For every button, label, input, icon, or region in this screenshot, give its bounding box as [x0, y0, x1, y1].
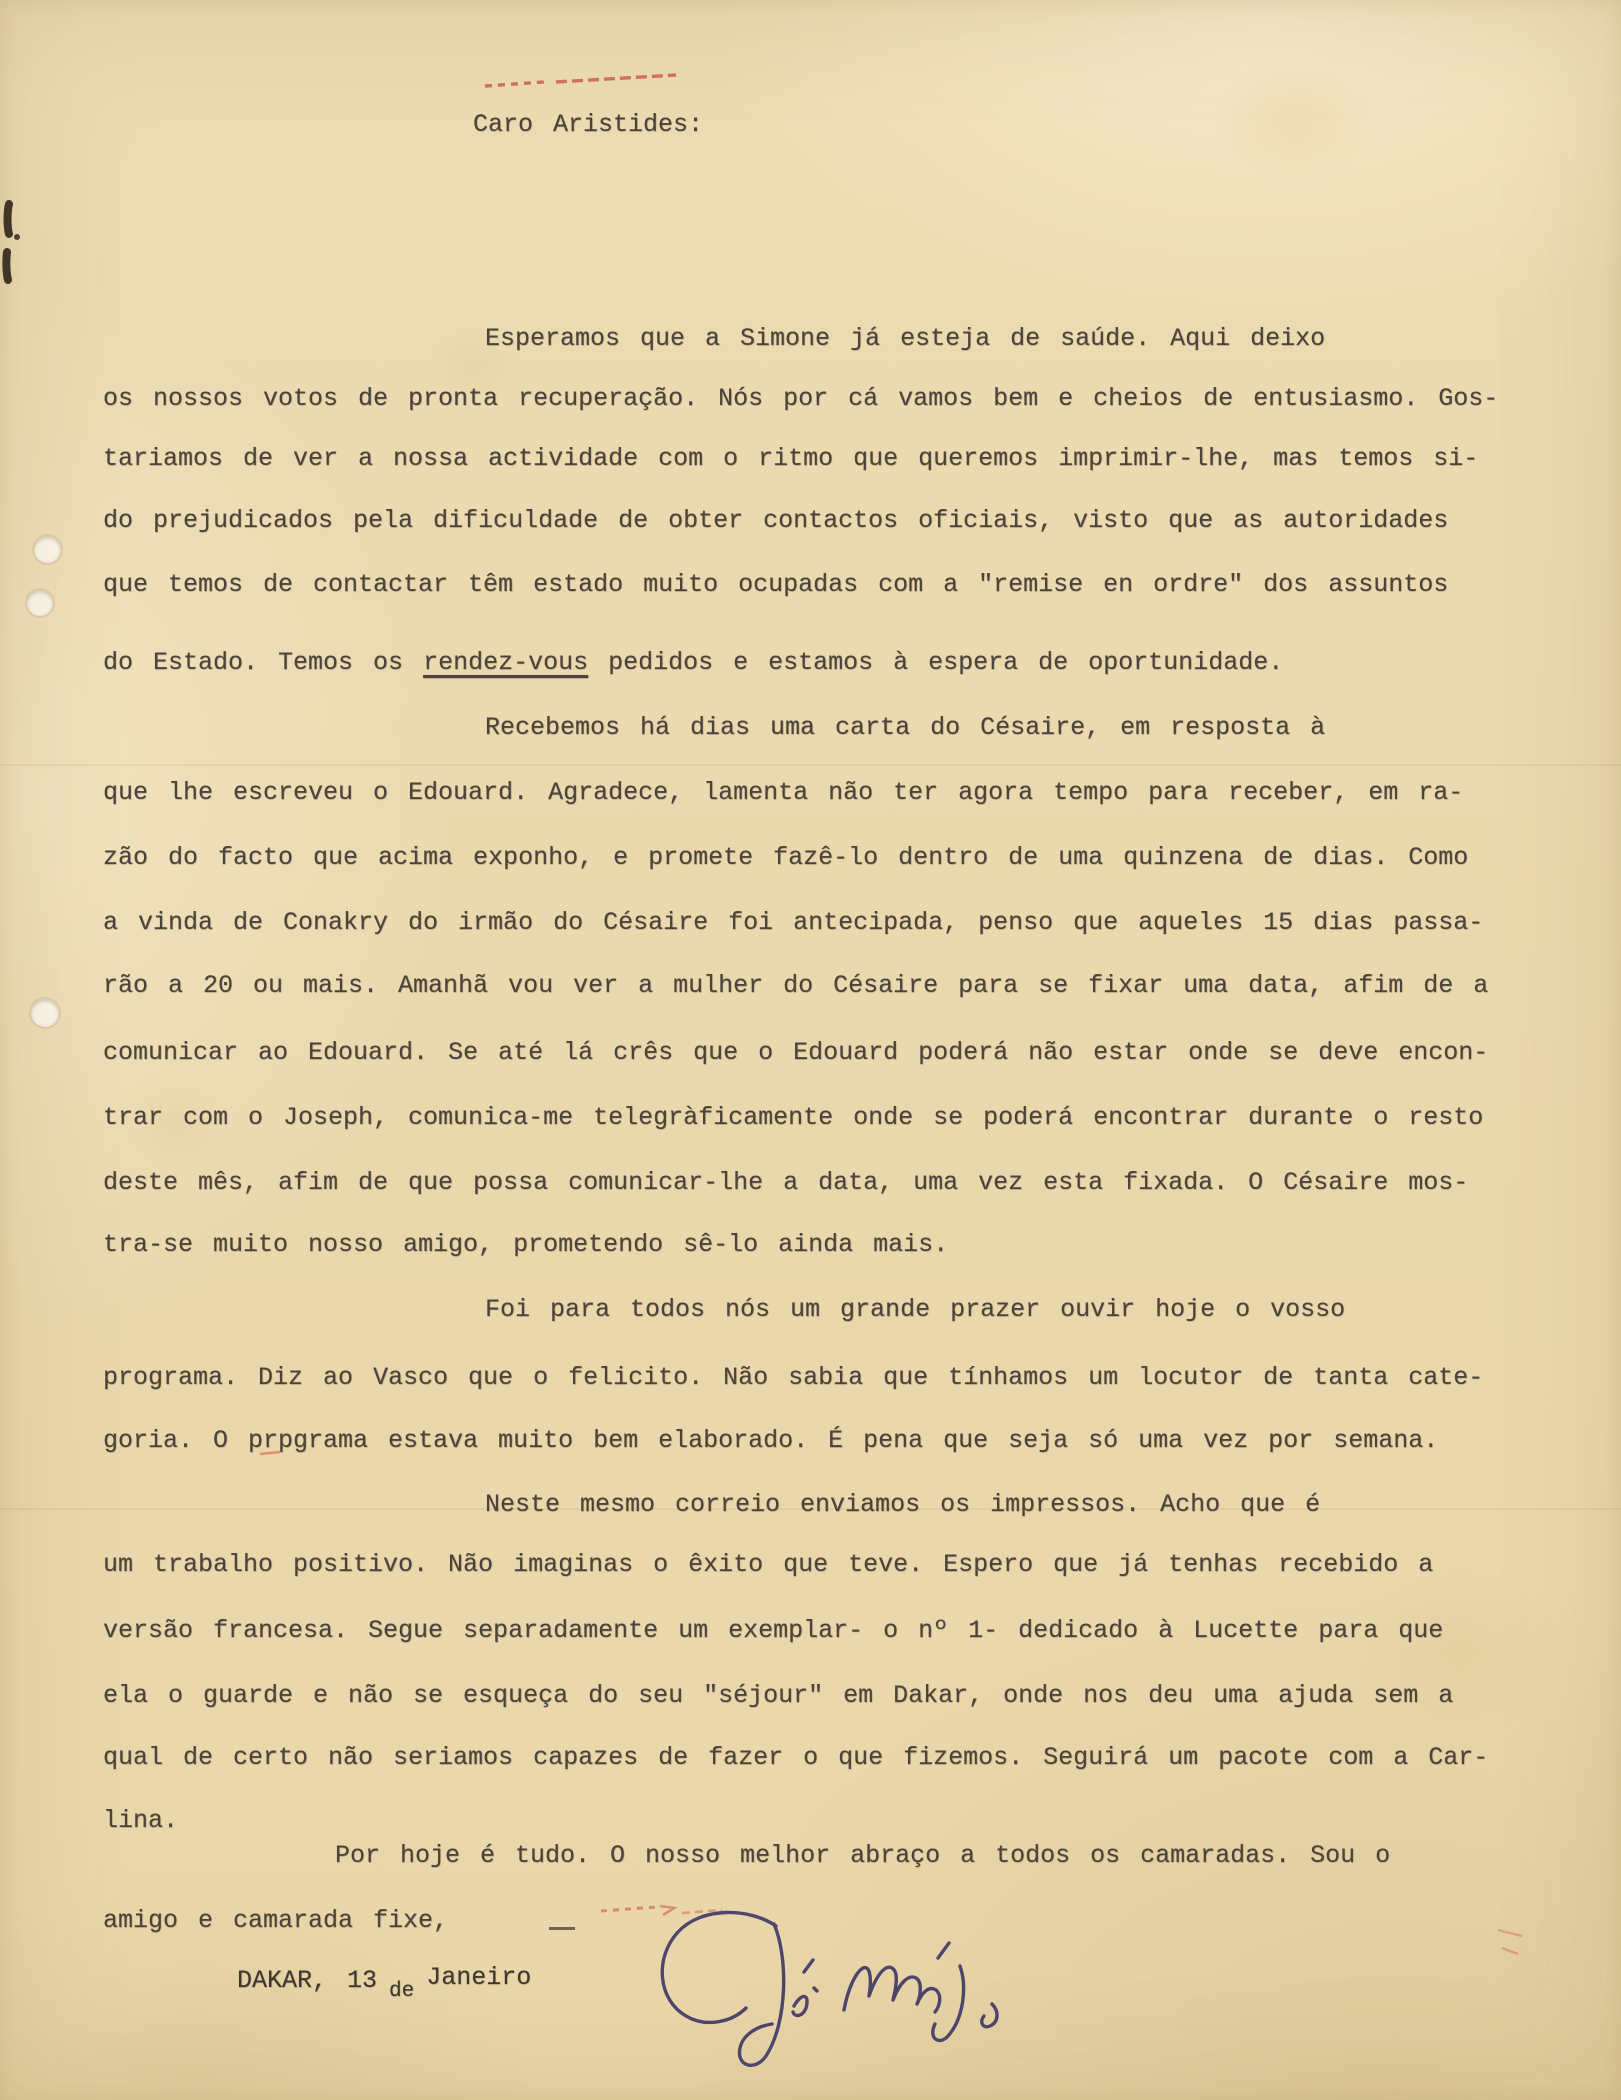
- line-text: do Estado. Temos os: [103, 648, 423, 677]
- letter-line: que lhe escreveu o Edouard. Agradece, la…: [103, 780, 1463, 805]
- letter-line: Neste mesmo correio enviamos os impresso…: [485, 1492, 1320, 1517]
- letter-line: que temos de contactar têm estado muito …: [103, 572, 1448, 597]
- date-place-day: DAKAR, 13: [237, 1968, 377, 1993]
- letter-line-with-underline: do Estado. Temos os rendez-vous pedidos …: [103, 650, 1283, 675]
- letter-line: tariamos de ver a nossa actividade com o…: [103, 446, 1478, 471]
- letter-line: versão francesa. Segue separadamente um …: [103, 1618, 1443, 1643]
- underlined-phrase: rendez-vous: [423, 648, 588, 677]
- date-month: Janeiro: [426, 1965, 531, 1990]
- letter-line: a vinda de Conakry do irmão do Césaire f…: [103, 910, 1483, 935]
- letter-line: lina.: [103, 1808, 178, 1833]
- paper-stain: [1210, 60, 1380, 180]
- margin-ink-mark: [0, 200, 26, 290]
- scanned-letter-page: Caro Aristides: Esperamos que a Simone j…: [0, 0, 1621, 2100]
- letter-line: Foi para todos nós um grande prazer ouvi…: [485, 1297, 1345, 1322]
- letter-line: deste mês, afim de que possa comunicar-l…: [103, 1170, 1468, 1195]
- date-line: DAKAR, 13deJaneiro: [237, 1968, 531, 1993]
- punch-hole: [27, 590, 53, 616]
- letter-line: qual de certo não seriamos capazes de fa…: [103, 1745, 1488, 1770]
- letter-line: ela o guarde e não se esqueça do seu "sé…: [103, 1683, 1453, 1708]
- red-pencil-smudge: [1492, 1922, 1532, 1962]
- punch-hole: [34, 536, 61, 563]
- red-pencil-speck: [258, 1448, 284, 1460]
- letter-line: um trabalho positivo. Não imaginas o êxi…: [103, 1552, 1433, 1577]
- closing-line: amigo e camarada fixe,: [103, 1908, 448, 1933]
- typed-underscore-mark: [549, 1927, 575, 1930]
- letter-line: comunicar ao Edouard. Se até lá crês que…: [103, 1040, 1488, 1065]
- letter-line: os nossos votos de pronta recuperação. N…: [103, 386, 1498, 411]
- letter-line: trar com o Joseph, comunica-me telegràfi…: [103, 1105, 1483, 1130]
- letter-line: goria. O prpgrama estava muito bem elabo…: [103, 1428, 1438, 1453]
- salutation: Caro Aristides:: [473, 112, 703, 137]
- letter-line: Por hoje é tudo. O nosso melhor abraço a…: [335, 1843, 1390, 1868]
- letter-line: zão do facto que acima exponho, e promet…: [103, 845, 1468, 870]
- date-de: de: [389, 1981, 414, 2002]
- handwritten-signature: [592, 1900, 1032, 2080]
- line-text: pedidos e estamos à espera de oportunida…: [588, 648, 1283, 677]
- paper-crease: [0, 764, 1621, 766]
- letter-line: do prejudicados pela dificuldade de obte…: [103, 508, 1448, 533]
- paper-stain: [1350, 1560, 1570, 1740]
- letter-line: Recebemos há dias uma carta do Césaire, …: [485, 715, 1325, 740]
- punch-hole: [31, 999, 59, 1027]
- red-pencil-dashes-top: [482, 66, 682, 96]
- letter-line: programa. Diz ao Vasco que o felicito. N…: [103, 1365, 1483, 1390]
- letter-line: tra-se muito nosso amigo, prometendo sê-…: [103, 1232, 948, 1257]
- letter-line: rão a 20 ou mais. Amanhã vou ver a mulhe…: [103, 973, 1488, 998]
- letter-line: Esperamos que a Simone já esteja de saúd…: [485, 326, 1325, 351]
